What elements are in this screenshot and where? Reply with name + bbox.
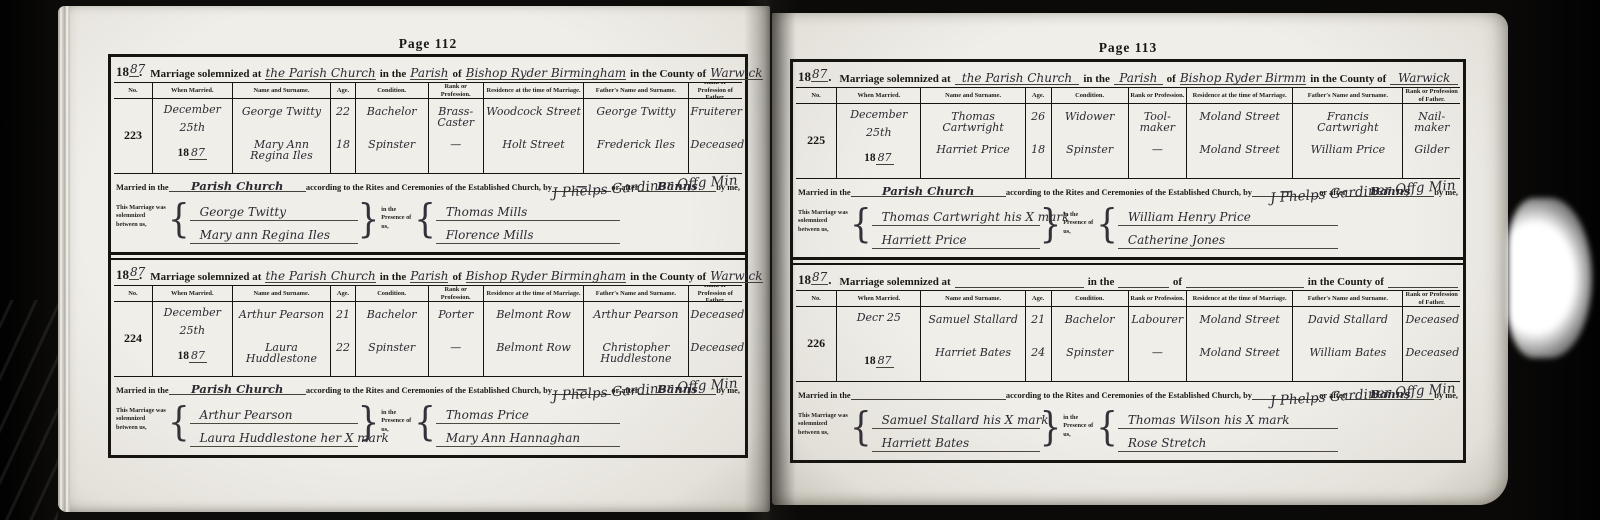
bride-signature: Harriett Price (872, 226, 1040, 249)
county-of-label: in the County of (630, 271, 706, 283)
church-blank (955, 271, 1084, 288)
marriage-date-year: 1887 (155, 147, 230, 160)
col-name-surname: Name and Surname. (233, 83, 332, 98)
name-cell: George Twitty Mary Ann Regina Iles (233, 99, 332, 173)
solemnized-at-label: Marriage solemnized at (840, 276, 951, 288)
place-blank: Bishop Ryder Birmingham (466, 266, 626, 283)
groom-residence: Woodcock Street (486, 106, 581, 117)
in-the-label: in the (1088, 276, 1115, 288)
column-header-row: No. When Married. Name and Surname. Age.… (796, 290, 1460, 307)
presence-of-label: in the Presence of us, (1063, 405, 1096, 457)
bride-signature: Harriett Bates (872, 429, 1040, 452)
register-table-left: 1887. Marriage solemnized at the Parish … (108, 54, 748, 458)
bride-father-rank: Gilder (1405, 144, 1457, 155)
bride-age: 18 (1028, 144, 1049, 155)
groom-residence: Moland Street (1189, 314, 1290, 325)
when-married-cell: December 25th 1887 (153, 302, 233, 376)
county-blank: Warwick (710, 63, 762, 80)
entry-record-rows: 224 December 25th 1887 Arthur Pearson La… (114, 302, 742, 376)
age-cell: 22 18 (331, 99, 355, 173)
entry-divider-rule (793, 257, 1463, 265)
county-blank (1388, 271, 1458, 288)
col-when-married: When Married. (837, 88, 921, 103)
entry-header-line: 1887. Marriage solemnized at the Parish … (114, 58, 742, 82)
married-in-blank: Parish Church (169, 178, 306, 192)
bride-residence: Moland Street (1189, 347, 1290, 358)
groom-condition: Bachelor (358, 106, 426, 117)
col-condition: Condition. (1052, 291, 1129, 306)
place-blank: Bishop Ryder Birmingham (466, 63, 626, 80)
col-no: No. (114, 83, 153, 98)
church-name: the Parish Church (962, 73, 1072, 84)
solemnized-at-label: Marriage solemnized at (150, 271, 261, 283)
groom-name: Samuel Stallard (923, 314, 1022, 325)
parish-word: Parish (410, 68, 448, 79)
signature-block: J Phelps Gardiner Offg Min This Marriage… (796, 402, 1460, 457)
bride-condition: Spinster (1054, 144, 1126, 155)
bride-residence: Moland Street (1189, 144, 1290, 155)
place-name: Bishop Ryder Birmingham (466, 271, 626, 282)
bride-father-rank: Deceased (691, 139, 740, 150)
bride-rank: — (431, 139, 481, 150)
bride-condition: Spinster (1054, 347, 1126, 358)
groom-father-rank: Fruiterer (691, 106, 740, 117)
groom-father-name: Arthur Pearson (586, 309, 685, 320)
groom-rank: Porter (431, 309, 481, 320)
col-no: No. (796, 291, 837, 306)
bride-father-name: Frederick Iles (586, 139, 685, 150)
in-the-label: in the (380, 271, 407, 283)
solemnized-between-label: This Marriage was solemnized between us, (798, 405, 850, 457)
entry-record-rows: 223 December 25th 1887 George Twitty Mar… (114, 99, 742, 173)
married-in-label: Married in the (798, 188, 851, 197)
col-age: Age. (1026, 291, 1052, 306)
bride-rank: — (431, 342, 481, 353)
groom-age: 21 (333, 309, 352, 320)
col-name-surname: Name and Surname. (921, 88, 1025, 103)
col-age: Age. (331, 83, 355, 98)
col-no: No. (796, 88, 837, 103)
rank-cell: Porter — (429, 302, 484, 376)
name-cell: Samuel Stallard Harriet Bates (921, 307, 1025, 381)
name-cell: Arthur Pearson Laura Huddlestone (233, 302, 332, 376)
presence-of-label: in the Presence of us, (381, 400, 414, 452)
col-condition: Condition. (356, 83, 429, 98)
groom-condition: Widower (1054, 111, 1126, 122)
col-when-married: When Married. (153, 286, 233, 301)
residence-cell: Woodcock Street Holt Street (484, 99, 584, 173)
bride-name: Harriet Bates (923, 347, 1022, 358)
bride-signature: Mary ann Regina Iles (190, 221, 358, 244)
residence-cell: Moland Street Moland Street (1187, 307, 1293, 381)
residence-cell: Belmont Row Belmont Row (484, 302, 584, 376)
witness-signature-1: William Henry Price (1118, 203, 1338, 226)
groom-age: 22 (333, 106, 352, 117)
when-married-cell: December 25th 1887 (153, 99, 233, 173)
couple-signatures: Samuel Stallard his X mark Harriett Bate… (872, 405, 1040, 457)
groom-residence: Belmont Row (486, 309, 581, 320)
rites-label: according to the Rites and Ceremonies of… (306, 386, 552, 395)
rank-cell: Labourer — (1129, 307, 1187, 381)
witness-signatures: Thomas Price Mary Ann Hannaghan (436, 400, 620, 452)
married-in-label: Married in the (116, 386, 169, 395)
entry-divider-rule (111, 252, 745, 260)
groom-father-name: Francis Cartwright (1295, 111, 1400, 133)
col-rank: Rank or Profession. (429, 83, 484, 98)
groom-father-rank: Deceased (1405, 314, 1457, 325)
col-father-rank: Rank or Profession of Father. (689, 83, 742, 98)
groom-father-name: George Twitty (586, 106, 685, 117)
father-rank-cell: Nail-maker Gilder (1403, 104, 1459, 178)
rank-cell: Brass-Caster — (429, 99, 484, 173)
church-name: the Parish Church (265, 68, 375, 79)
county-blank: Warwick (1390, 68, 1458, 85)
of-label: of (1173, 276, 1182, 288)
bride-condition: Spinster (358, 342, 426, 353)
page-number-label: Page 113 (790, 40, 1466, 56)
witness-signature-1: Thomas Wilson his X mark (1118, 406, 1338, 429)
bride-father-name: Christopher Huddlestone (586, 342, 685, 364)
witness-signature-2: Catherine Jones (1118, 226, 1338, 249)
col-age: Age. (1026, 88, 1052, 103)
marriage-date-month: December (155, 307, 230, 318)
entry-225-host: 1887. Marriage solemnized at the Parish … (793, 62, 1463, 257)
condition-cell: Bachelor Spinster (356, 99, 429, 173)
close-brace-couple: } (1040, 198, 1062, 258)
close-brace-couple: } (1040, 401, 1062, 461)
parish-blank: Parish (1114, 68, 1163, 85)
marriage-date-day: 25th (155, 325, 230, 336)
solemnized-at-label: Marriage solemnized at (150, 68, 261, 80)
groom-condition: Bachelor (358, 309, 426, 320)
col-condition: Condition. (1052, 88, 1129, 103)
bride-father-rank: Deceased (1405, 347, 1457, 358)
open-brace-couple: { (850, 401, 872, 461)
groom-rank: Tool-maker (1131, 111, 1184, 133)
place-name: Bishop Ryder Birmm (1180, 73, 1306, 84)
age-cell: 21 24 (1026, 307, 1052, 381)
age-cell: 21 22 (331, 302, 355, 376)
col-name-surname: Name and Surname. (233, 286, 332, 301)
film-frame: Page 112 1887. Marriage solemnized at th… (0, 0, 1600, 520)
in-the-label: in the (380, 68, 407, 80)
groom-name: George Twitty (235, 106, 329, 117)
col-father-rank: Rank or Profession of Father. (1403, 291, 1459, 306)
marriage-date-year: 1887 (839, 355, 918, 368)
year-handwritten: 87 (811, 270, 828, 285)
of-label: of (452, 271, 461, 283)
county-name: Warwick (710, 68, 762, 79)
col-residence: Residence at the time of Marriage. (1187, 88, 1293, 103)
place-blank: Bishop Ryder Birmm (1180, 68, 1306, 85)
father-name-cell: Arthur Pearson Christopher Huddlestone (584, 302, 688, 376)
col-father-name: Father's Name and Surname. (584, 286, 688, 301)
col-residence: Residence at the time of Marriage. (484, 286, 584, 301)
rites-label: according to the Rites and Ceremonies of… (1006, 188, 1252, 197)
groom-father-rank: Nail-maker (1405, 111, 1457, 133)
age-cell: 26 18 (1026, 104, 1052, 178)
married-in-place: Parish Church (191, 384, 283, 394)
entry-header-line: 1887. Marriage solemnized at the Parish … (114, 261, 742, 285)
light-flare-artifact (1508, 198, 1592, 358)
bride-father-name: William Price (1295, 144, 1400, 155)
entry-record-rows: 225 December 25th 1887 Thomas Cartwright… (796, 104, 1460, 178)
col-father-name: Father's Name and Surname. (1293, 291, 1403, 306)
father-rank-cell: Fruiterer Deceased (689, 99, 742, 173)
witness-signature-2: Florence Mills (436, 221, 620, 244)
couple-signatures: Arthur Pearson Laura Huddlestone her X m… (190, 400, 358, 452)
groom-name: Arthur Pearson (235, 309, 329, 320)
register-table-right: 1887. Marriage solemnized at the Parish … (790, 59, 1466, 463)
county-of-label: in the County of (1310, 73, 1386, 85)
father-rank-cell: Deceased Deceased (689, 302, 742, 376)
col-condition: Condition. (356, 286, 429, 301)
column-header-row: No. When Married. Name and Surname. Age.… (114, 82, 742, 99)
register-page-113: Page 113 1887. Marriage solemnized at th… (772, 13, 1508, 505)
entry-record-rows: 226 Decr 25 1887 Samuel Stallard Harriet… (796, 307, 1460, 381)
place-blank (1186, 271, 1304, 288)
entry-number: 225 (796, 134, 836, 146)
county-blank: Warwick (710, 266, 762, 283)
col-rank: Rank or Profession. (1129, 291, 1187, 306)
groom-father-name: David Stallard (1295, 314, 1400, 325)
col-rank: Rank or Profession. (429, 286, 484, 301)
married-in-place: Parish Church (191, 181, 283, 191)
open-brace-witnesses: { (1096, 401, 1118, 461)
period: . (828, 272, 831, 288)
entry-number: 226 (796, 337, 836, 349)
marriage-date-day: 25th (155, 122, 230, 133)
groom-father-rank: Deceased (691, 309, 740, 320)
marriage-register-entry: 1887. Marriage solemnized at in the of i… (793, 265, 1463, 460)
presence-of-label: in the Presence of us, (381, 197, 414, 249)
col-residence: Residence at the time of Marriage. (484, 83, 584, 98)
marriage-date-year: 1887 (155, 350, 230, 363)
bride-name: Laura Huddlestone (235, 342, 329, 364)
bride-rank: — (1131, 347, 1184, 358)
entry-223-host: 1887. Marriage solemnized at the Parish … (111, 57, 745, 252)
marriage-date-month: December (839, 109, 918, 120)
bride-father-name: William Bates (1295, 347, 1400, 358)
father-name-cell: David Stallard William Bates (1293, 307, 1403, 381)
marriage-register-entry: 1887. Marriage solemnized at the Parish … (111, 57, 745, 252)
no-cell: 224 (114, 302, 153, 376)
groom-signature: Samuel Stallard his X mark (872, 406, 1040, 429)
year-prefix: 18 (798, 69, 811, 85)
entry-224-host: 1887. Marriage solemnized at the Parish … (111, 260, 745, 455)
bride-residence: Holt Street (486, 139, 581, 150)
rites-label: according to the Rites and Ceremonies of… (1006, 391, 1252, 400)
parish-blank: Parish (410, 266, 448, 283)
groom-signature: Arthur Pearson (190, 401, 358, 424)
couple-signatures: Thomas Cartwright his X mark Harriett Pr… (872, 202, 1040, 254)
register-page-112: Page 112 1887. Marriage solemnized at th… (58, 6, 770, 512)
bride-father-rank: Deceased (691, 342, 740, 353)
groom-condition: Bachelor (1054, 314, 1126, 325)
period: . (828, 69, 831, 85)
column-header-row: No. When Married. Name and Surname. Age.… (114, 285, 742, 302)
parish-blank (1118, 271, 1168, 288)
parish-word: Parish (410, 271, 448, 282)
no-cell: 223 (114, 99, 153, 173)
groom-rank: Labourer (1131, 314, 1184, 325)
marriage-date-year: 1887 (839, 152, 918, 165)
groom-age: 26 (1028, 111, 1049, 122)
rank-cell: Tool-maker — (1129, 104, 1187, 178)
condition-cell: Bachelor Spinster (356, 302, 429, 376)
married-in-blank: Parish Church (169, 381, 306, 395)
in-the-label: in the (1083, 73, 1110, 85)
rites-label: according to the Rites and Ceremonies of… (306, 183, 552, 192)
entry-number: 224 (114, 332, 152, 344)
entry-header-line: 1887. Marriage solemnized at in the of i… (796, 266, 1460, 290)
col-father-rank: Rank or Profession of Father. (689, 286, 742, 301)
county-of-label: in the County of (1308, 276, 1384, 288)
col-residence: Residence at the time of Marriage. (1187, 291, 1293, 306)
year-prefix: 18 (116, 267, 129, 283)
groom-name: Thomas Cartwright (923, 111, 1022, 133)
parish-word: Parish (1119, 73, 1157, 84)
bride-age: 18 (333, 139, 352, 150)
close-brace-couple: } (358, 396, 380, 456)
married-in-blank (851, 386, 1006, 400)
solemnized-at-label: Marriage solemnized at (840, 73, 951, 85)
open-brace-witnesses: { (414, 396, 436, 456)
name-cell: Thomas Cartwright Harriet Price (921, 104, 1025, 178)
film-scratch-artifacts (0, 300, 58, 520)
marriage-date-month: Decr 25 (839, 312, 918, 323)
bride-name: Harriet Price (923, 144, 1022, 155)
of-label: of (1167, 73, 1176, 85)
solemnized-between-label: This Marriage was solemnized between us, (116, 400, 168, 452)
bride-residence: Belmont Row (486, 342, 581, 353)
marriage-register-entry: 1887. Marriage solemnized at the Parish … (111, 260, 745, 455)
groom-signature: George Twitty (190, 198, 358, 221)
signature-block: J Phelps Gardiner Offg Min This Marriage… (114, 194, 742, 249)
groom-signature: Thomas Cartwright his X mark (872, 203, 1040, 226)
signature-block: J Phelps Gardiner Offg Min This Marriage… (114, 397, 742, 452)
col-no: No. (114, 286, 153, 301)
no-cell: 226 (796, 307, 837, 381)
col-father-name: Father's Name and Surname. (584, 83, 688, 98)
page-number-label: Page 112 (108, 36, 748, 52)
condition-cell: Widower Spinster (1052, 104, 1129, 178)
open-brace-couple: { (168, 396, 190, 456)
no-cell: 225 (796, 104, 837, 178)
column-header-row: No. When Married. Name and Surname. Age.… (796, 87, 1460, 104)
marriage-date-month: December (155, 104, 230, 115)
marriage-register-entry: 1887. Marriage solemnized at the Parish … (793, 62, 1463, 257)
witness-signature-2: Rose Stretch (1118, 429, 1338, 452)
witness-signature-1: Thomas Mills (436, 198, 620, 221)
col-father-rank: Rank or Profession of Father. (1403, 88, 1459, 103)
parish-blank: Parish (410, 63, 448, 80)
col-father-name: Father's Name and Surname. (1293, 88, 1403, 103)
solemnized-between-label: This Marriage was solemnized between us, (116, 197, 168, 249)
signature-block: J Phelps Gardiner Offg Min This Marriage… (796, 199, 1460, 254)
when-married-cell: December 25th 1887 (837, 104, 921, 178)
solemnized-between-label: This Marriage was solemnized between us, (798, 202, 850, 254)
entry-number: 223 (114, 129, 152, 141)
presence-of-label: in the Presence of us, (1063, 202, 1096, 254)
open-brace-witnesses: { (414, 193, 436, 253)
county-name: Warwick (710, 271, 762, 282)
witness-signatures: Thomas Mills Florence Mills (436, 197, 620, 249)
church-blank: the Parish Church (265, 63, 375, 80)
bride-age: 22 (333, 342, 352, 353)
when-married-cell: Decr 25 1887 (837, 307, 921, 381)
of-label: of (452, 68, 461, 80)
church-blank: the Parish Church (265, 266, 375, 283)
father-rank-cell: Deceased Deceased (1403, 307, 1459, 381)
groom-residence: Moland Street (1189, 111, 1290, 122)
entry-226-host: 1887. Marriage solemnized at in the of i… (793, 265, 1463, 460)
col-when-married: When Married. (837, 291, 921, 306)
bride-name: Mary Ann Regina Iles (235, 139, 329, 161)
open-brace-witnesses: { (1096, 198, 1118, 258)
married-in-label: Married in the (798, 391, 851, 400)
year-handwritten: 87 (129, 62, 139, 77)
marriage-date-day: 25th (839, 127, 918, 138)
church-name: the Parish Church (265, 271, 375, 282)
married-in-place: Parish Church (882, 186, 974, 196)
couple-signatures: George Twitty Mary ann Regina Iles (190, 197, 358, 249)
witness-signature-2: Mary Ann Hannaghan (436, 424, 620, 447)
bride-signature: Laura Huddlestone her X mark (190, 424, 358, 447)
witness-signatures: William Henry Price Catherine Jones (1118, 202, 1338, 254)
entry-header-line: 1887. Marriage solemnized at the Parish … (796, 63, 1460, 87)
col-name-surname: Name and Surname. (921, 291, 1025, 306)
year-prefix: 18 (116, 64, 129, 80)
county-of-label: in the County of (630, 68, 706, 80)
bride-condition: Spinster (358, 139, 426, 150)
groom-age: 21 (1028, 314, 1049, 325)
year-prefix: 18 (798, 272, 811, 288)
open-brace-couple: { (850, 198, 872, 258)
year-handwritten: 87 (129, 265, 139, 280)
witness-signatures: Thomas Wilson his X mark Rose Stretch (1118, 405, 1338, 457)
bride-rank: — (1131, 144, 1184, 155)
married-in-label: Married in the (116, 183, 169, 192)
groom-rank: Brass-Caster (431, 106, 481, 128)
father-name-cell: George Twitty Frederick Iles (584, 99, 688, 173)
witness-signature-1: Thomas Price (436, 401, 620, 424)
condition-cell: Bachelor Spinster (1052, 307, 1129, 381)
col-rank: Rank or Profession. (1129, 88, 1187, 103)
father-name-cell: Francis Cartwright William Price (1293, 104, 1403, 178)
col-when-married: When Married. (153, 83, 233, 98)
church-blank: the Parish Church (955, 68, 1080, 85)
open-brace-couple: { (168, 193, 190, 253)
married-in-blank: Parish Church (851, 183, 1006, 197)
residence-cell: Moland Street Moland Street (1187, 104, 1293, 178)
county-name: Warwick (1398, 73, 1450, 84)
bride-age: 24 (1028, 347, 1049, 358)
close-brace-couple: } (358, 193, 380, 253)
col-age: Age. (331, 286, 355, 301)
place-name: Bishop Ryder Birmingham (466, 68, 626, 79)
year-handwritten: 87 (811, 67, 828, 82)
